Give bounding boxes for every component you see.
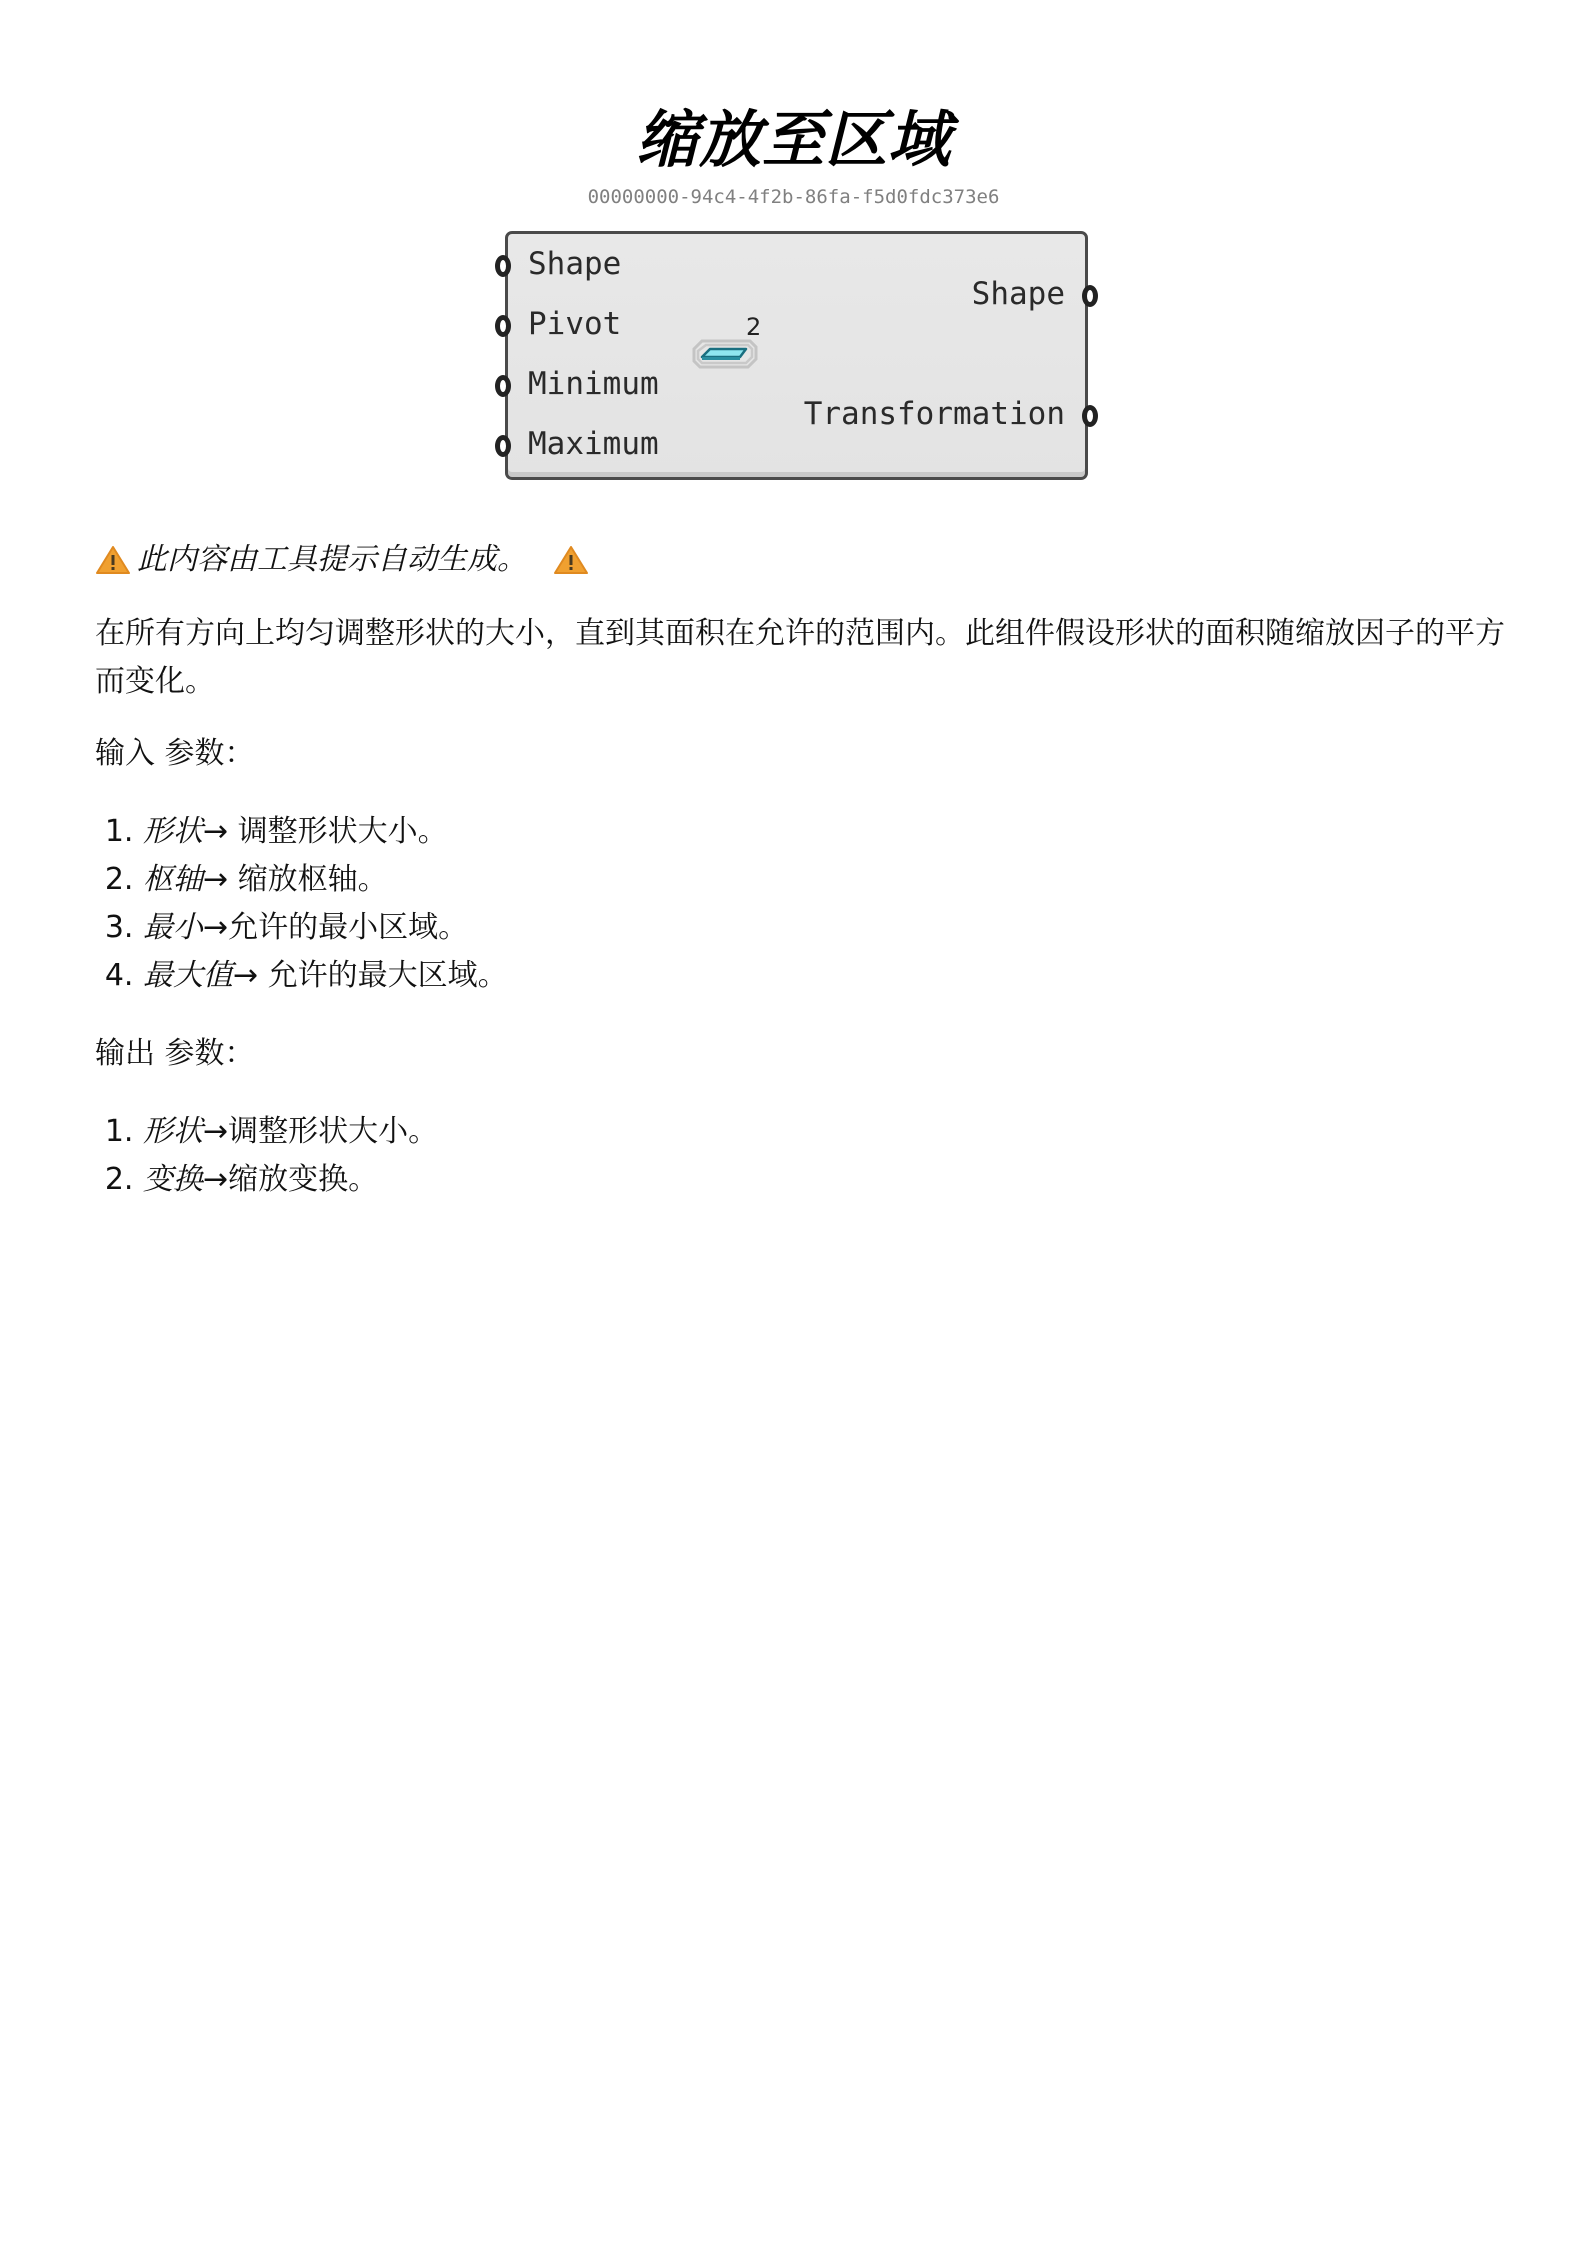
arrow: → (203, 814, 238, 849)
icon-badge-count: 2 (746, 314, 761, 340)
param-desc: 缩放枢轴。 (238, 862, 388, 897)
output-grip-transformation[interactable] (1082, 405, 1098, 427)
input-grip-pivot[interactable] (495, 315, 511, 337)
list-item: 最小→允许的最小区域。 (143, 904, 1515, 952)
list-item: 变换→缩放变换。 (143, 1156, 1515, 1204)
inputs-section-label: 输入 参数： (95, 730, 1515, 778)
arrow: → (203, 910, 228, 945)
input-grip-maximum[interactable] (495, 435, 511, 457)
input-param-maximum: Maximum (528, 426, 659, 462)
param-term: 枢轴 (143, 862, 203, 897)
output-param-transformation: Transformation (804, 396, 1065, 432)
auto-generated-notice: 此内容由工具提示自动生成。 (95, 530, 1515, 590)
page-title: 缩放至区域 (0, 100, 1587, 180)
warning-icon (95, 544, 131, 576)
list-item: 枢轴→ 缩放枢轴。 (143, 856, 1515, 904)
notice-text: 此内容由工具提示自动生成。 (137, 536, 527, 584)
document-body: 此内容由工具提示自动生成。 在所有方向上均匀调整形状的大小，直到其面积在允许的范… (95, 530, 1515, 1234)
param-desc: 缩放变换。 (228, 1162, 378, 1197)
arrow: → (233, 958, 268, 993)
param-term: 形状 (143, 814, 203, 849)
param-term: 变换 (143, 1162, 203, 1197)
input-grip-minimum[interactable] (495, 375, 511, 397)
inputs-list: 形状→ 调整形状大小。 枢轴→ 缩放枢轴。 最小→允许的最小区域。 最大值→ 允… (95, 808, 1515, 1000)
list-item: 形状→调整形状大小。 (143, 1108, 1515, 1156)
outputs-list: 形状→调整形状大小。 变换→缩放变换。 (95, 1108, 1515, 1204)
list-item: 形状→ 调整形状大小。 (143, 808, 1515, 856)
arrow: → (203, 1114, 228, 1149)
output-param-shape: Shape (972, 276, 1065, 312)
arrow: → (203, 1162, 228, 1197)
input-param-pivot: Pivot (528, 306, 621, 342)
param-term: 形状 (143, 1114, 203, 1149)
param-term: 最小 (143, 910, 203, 945)
param-desc: 允许的最小区域。 (228, 910, 468, 945)
grasshopper-component-node[interactable]: Shape Pivot Minimum Maximum 2 Shape Tran… (505, 231, 1088, 480)
param-term: 最大值 (143, 958, 233, 993)
arrow: → (203, 862, 238, 897)
param-desc: 允许的最大区域。 (268, 958, 508, 993)
output-grip-shape[interactable] (1082, 285, 1098, 307)
input-grip-shape[interactable] (495, 255, 511, 277)
param-desc: 调整形状大小。 (238, 814, 448, 849)
input-param-minimum: Minimum (528, 366, 659, 402)
component-guid: 00000000-94c4-4f2b-86fa-f5d0fdc373e6 (0, 184, 1587, 210)
input-param-shape: Shape (528, 246, 621, 282)
warning-icon (553, 544, 589, 576)
param-desc: 调整形状大小。 (228, 1114, 438, 1149)
component-description: 在所有方向上均匀调整形状的大小，直到其面积在允许的范围内。此组件假设形状的面积随… (95, 610, 1515, 706)
list-item: 最大值→ 允许的最大区域。 (143, 952, 1515, 1000)
outputs-section-label: 输出 参数： (95, 1030, 1515, 1078)
